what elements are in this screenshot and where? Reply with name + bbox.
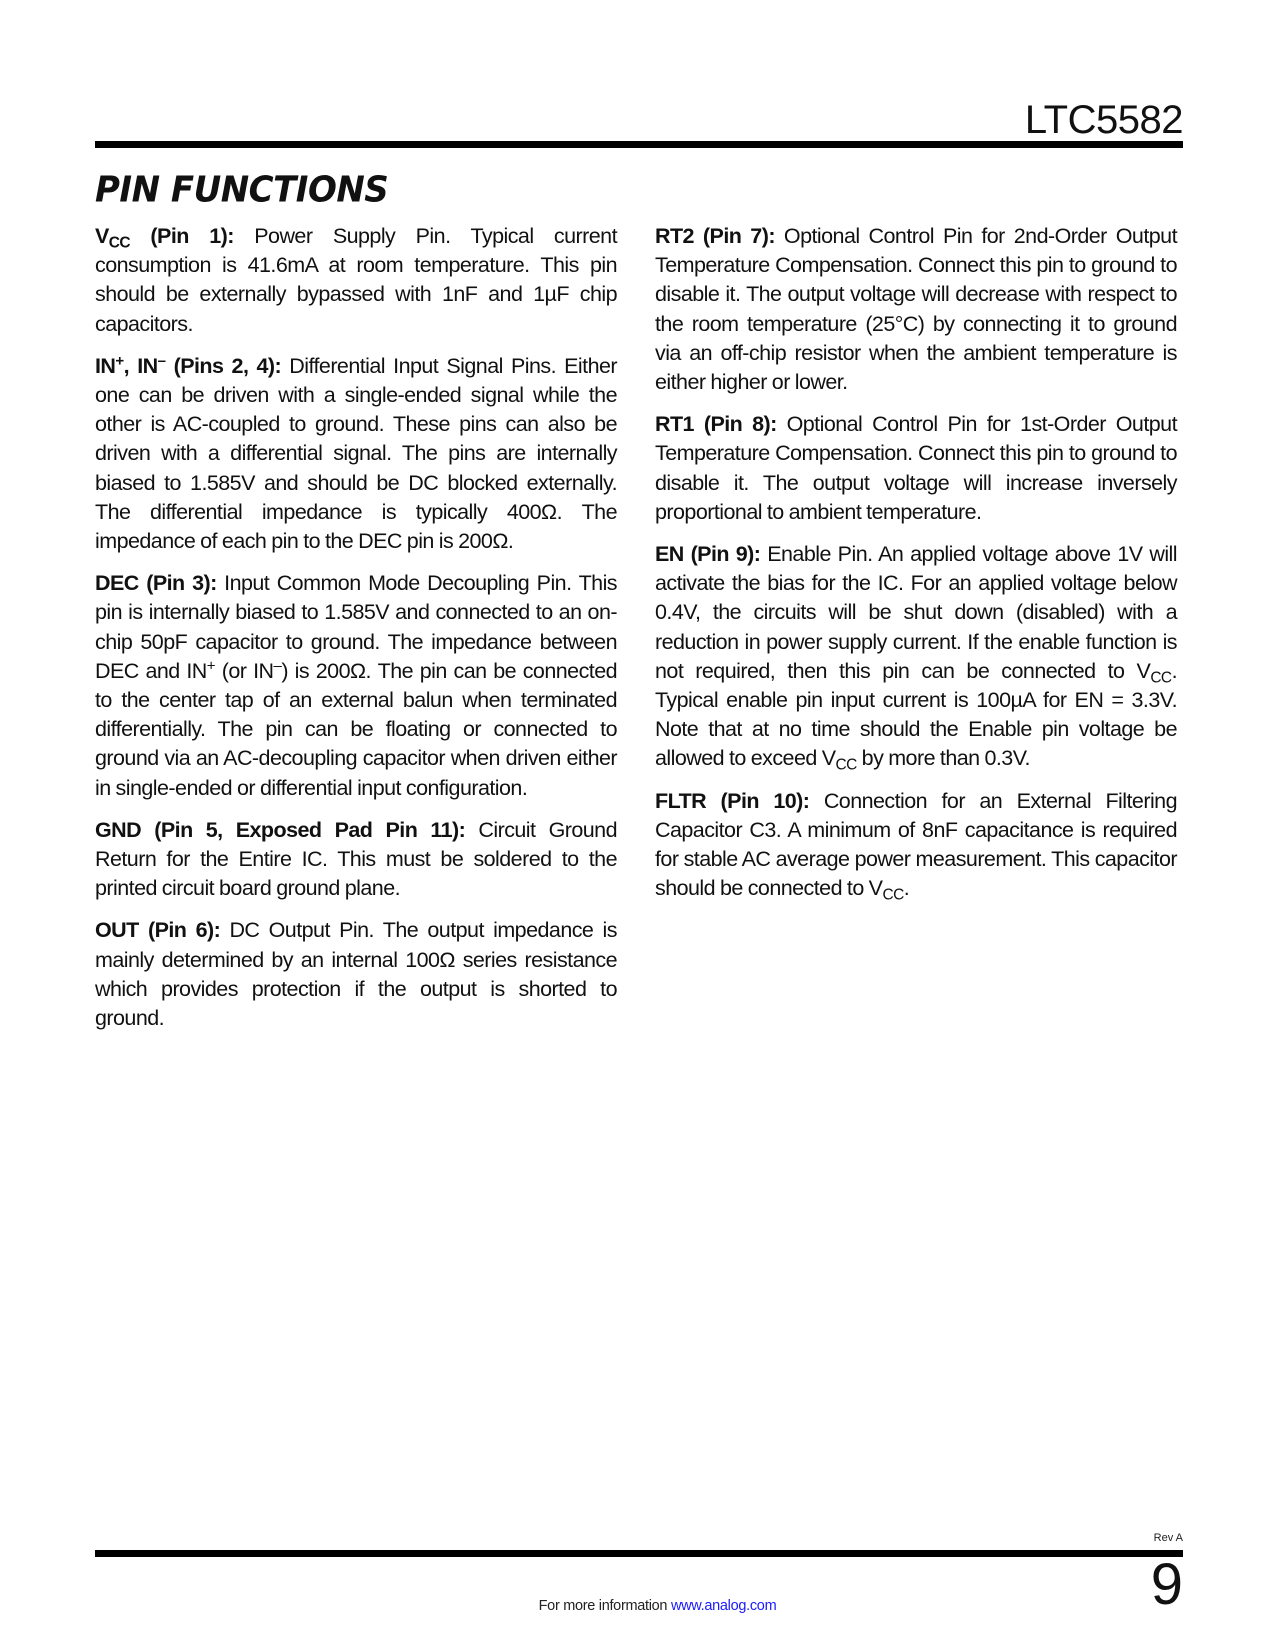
pin-label: GND (Pin 5, Exposed Pad Pin 11): <box>95 818 465 842</box>
pin-text-superscript: + <box>207 657 215 674</box>
pin-label-subscript: CC <box>109 235 130 252</box>
pin-label: DEC (Pin 3): <box>95 571 217 595</box>
pin-label: RT1 (Pin 8): <box>655 412 777 436</box>
pin-text-subscript: CC <box>882 887 903 904</box>
pin-description-rt2: RT2 (Pin 7): Optional Control Pin for 2n… <box>655 222 1177 397</box>
pin-text-subscript: CC <box>1150 669 1171 686</box>
right-column: RT2 (Pin 7): Optional Control Pin for 2n… <box>655 222 1177 916</box>
pin-text: . <box>904 876 909 900</box>
part-number-header: LTC5582 <box>1025 100 1183 140</box>
analog-website-link[interactable]: www.analog.com <box>671 1598 776 1614</box>
pin-label-text: V <box>95 224 109 248</box>
pin-label: RT2 (Pin 7): <box>655 224 775 248</box>
pin-description-en: EN (Pin 9): Enable Pin. An applied volta… <box>655 540 1177 774</box>
pin-description-in: IN+, IN– (Pins 2, 4): Differential Input… <box>95 352 617 556</box>
pin-label-text: IN <box>95 354 115 378</box>
pin-label: IN+, IN– (Pins 2, 4): <box>95 354 281 378</box>
pin-label: VCC (Pin 1): <box>95 224 234 248</box>
pin-text: (or IN <box>215 659 273 683</box>
pin-label-text: , IN <box>124 354 158 378</box>
footer-rule <box>95 1550 1183 1557</box>
pin-description-fltr: FLTR (Pin 10): Connection for an Externa… <box>655 787 1177 904</box>
pin-description-gnd: GND (Pin 5, Exposed Pad Pin 11): Circuit… <box>95 816 617 904</box>
pin-label-superscript: + <box>115 352 123 369</box>
pin-description-rt1: RT1 (Pin 8): Optional Control Pin for 1s… <box>655 410 1177 527</box>
left-column: VCC (Pin 1): Power Supply Pin. Typical c… <box>95 222 617 1046</box>
revision-label: Rev A <box>1154 1532 1183 1544</box>
pin-label: OUT (Pin 6): <box>95 918 220 942</box>
pin-label: FLTR (Pin 10): <box>655 789 809 813</box>
pin-description-vcc: VCC (Pin 1): Power Supply Pin. Typical c… <box>95 222 617 339</box>
pin-text: by more than 0.3V. <box>857 746 1030 770</box>
pin-description-dec: DEC (Pin 3): Input Common Mode Decouplin… <box>95 569 617 803</box>
pin-text: Optional Control Pin for 2nd-Order Outpu… <box>655 224 1177 394</box>
header-rule <box>95 141 1183 148</box>
footer-info-text: For more information <box>539 1598 671 1614</box>
pin-description-out: OUT (Pin 6): DC Output Pin. The output i… <box>95 916 617 1033</box>
pin-label-text: (Pin 1): <box>130 224 234 248</box>
pin-label-text: (Pins 2, 4): <box>165 354 281 378</box>
footer-info: For more information www.analog.com <box>0 1598 1275 1614</box>
pin-label: EN (Pin 9): <box>655 542 760 566</box>
pin-text-subscript: CC <box>835 757 856 774</box>
section-title: PIN FUNCTIONS <box>95 169 388 211</box>
pin-text: Differential Input Signal Pins. Either o… <box>95 354 617 553</box>
